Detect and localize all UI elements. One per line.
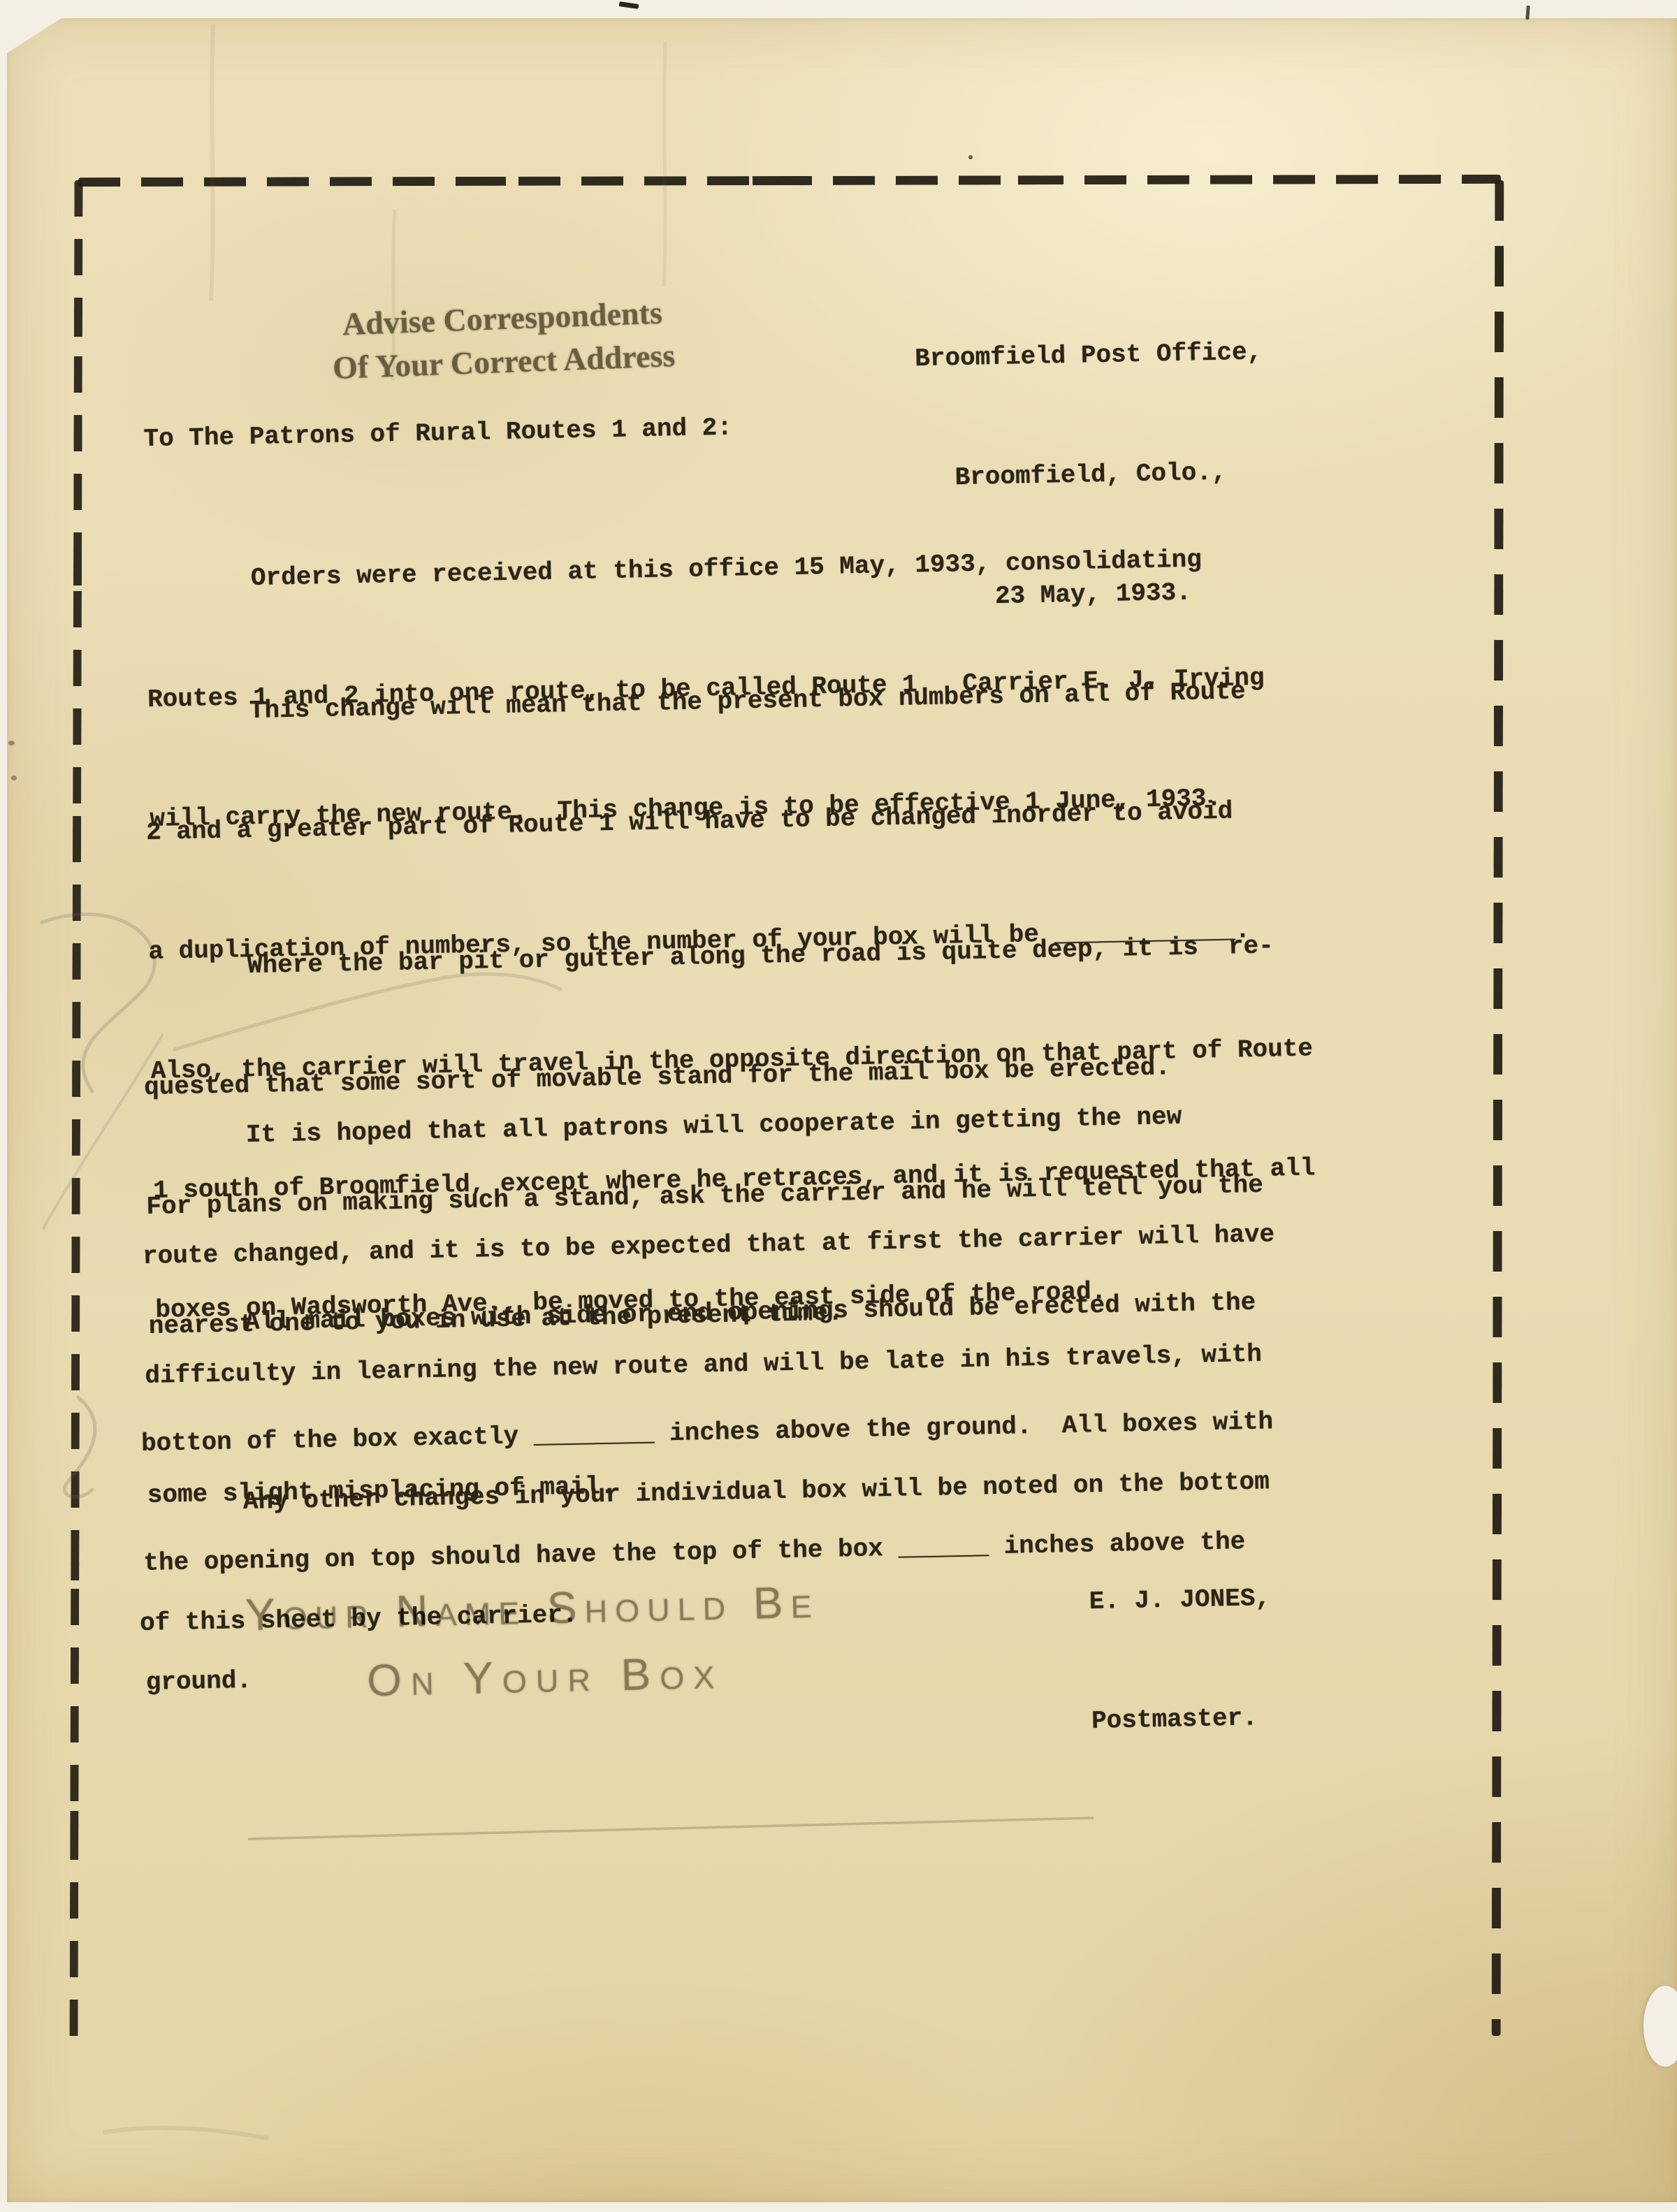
ink-speck bbox=[619, 1, 639, 9]
signature-name: E. J. JONES, bbox=[1089, 1578, 1270, 1622]
ink-speck bbox=[1525, 6, 1530, 20]
typed-line: All mail boxes with side or end openings… bbox=[138, 1282, 1271, 1344]
signature-title: Postmaster. bbox=[1091, 1698, 1273, 1741]
scanned-letter-page: Advise Correspondents Of Your Correct Ad… bbox=[0, 0, 1677, 2212]
stamp-line: On Your Box bbox=[366, 1635, 876, 1715]
signature-block: E. J. JONES, Postmaster. bbox=[1087, 1499, 1275, 1821]
letterhead-line: Broomfield Post Office, bbox=[885, 332, 1291, 379]
typed-line: This change will mean that the present b… bbox=[143, 670, 1306, 733]
stamp-line: Your Name Should Be bbox=[245, 1566, 875, 1649]
staple-hole bbox=[11, 776, 17, 780]
typed-line: It is hoped that all patrons will cooper… bbox=[140, 1095, 1272, 1157]
typed-line: 2 and a greater part of Route 1 will hav… bbox=[146, 790, 1309, 852]
ink-speck bbox=[968, 155, 973, 159]
staple-hole bbox=[8, 741, 15, 745]
your-name-stamp: Your Name Should Be On Your Box bbox=[245, 1566, 876, 1717]
advise-correspondents-stamp: Advise Correspondents Of Your Correct Ad… bbox=[299, 289, 707, 391]
typed-line: Where the bar pit or gutter along the ro… bbox=[141, 926, 1274, 988]
typed-line: Orders were received at this office 15 M… bbox=[145, 539, 1262, 600]
